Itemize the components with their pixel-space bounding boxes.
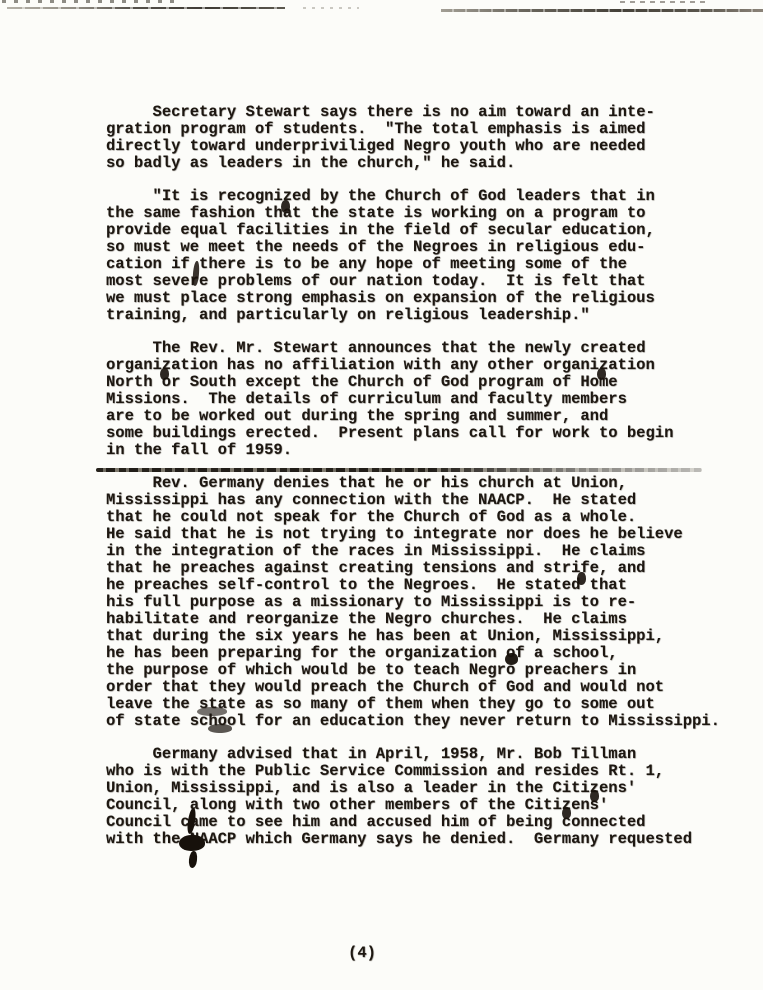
ink-blot (597, 368, 606, 380)
scanned-document-page: Secretary Stewart says there is no aim t… (0, 0, 763, 990)
document-body: Secretary Stewart says there is no aim t… (106, 104, 736, 864)
ink-blot (505, 653, 518, 665)
ink-blot (577, 572, 586, 585)
ink-smudge (197, 707, 227, 716)
paragraph-secretary-stewart: Secretary Stewart says there is no aim t… (106, 104, 736, 172)
paragraph-quote-church-of-god: "It is recognized by the Church of God l… (106, 188, 736, 324)
scan-artifact-top-left-dots (2, 0, 174, 3)
ink-blot (281, 200, 290, 213)
scan-artifact-top-right-dots (620, 1, 708, 3)
ink-blot (590, 790, 599, 802)
ink-blot (562, 807, 571, 819)
paragraph-germany-tillman: Germany advised that in April, 1958, Mr.… (106, 746, 736, 848)
scan-artifact-top-left-line (7, 7, 285, 9)
page-number: (4) (340, 944, 384, 962)
horizontal-scan-line (96, 468, 702, 472)
ink-blot-drip (188, 851, 198, 869)
paragraph-rev-germany-denial: Rev. Germany denies that he or his churc… (106, 475, 736, 730)
ink-blot (160, 368, 169, 380)
scan-artifact-top-middle-dots (303, 7, 359, 9)
ink-blot-large (179, 835, 205, 851)
scan-artifact-top-right-line (441, 9, 763, 12)
ink-smudge (208, 724, 232, 733)
paragraph-rev-stewart-announcement: The Rev. Mr. Stewart announces that the … (106, 340, 736, 459)
